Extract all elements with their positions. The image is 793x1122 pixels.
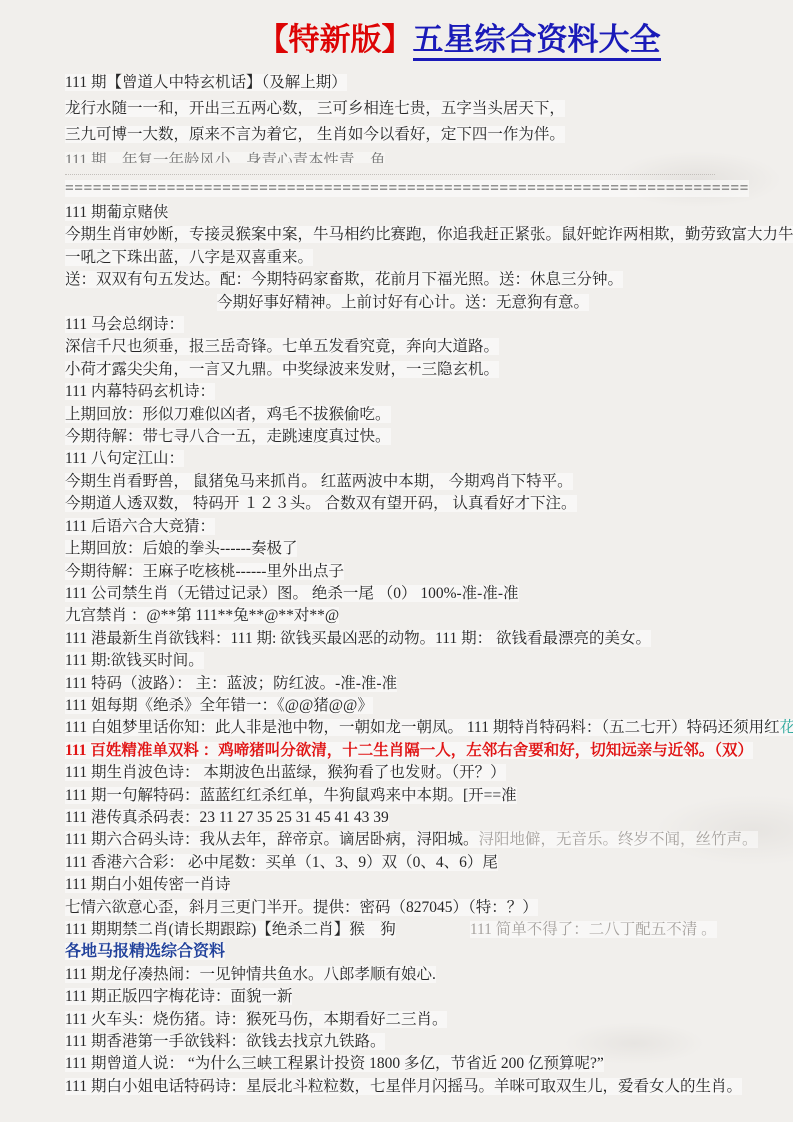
text-line: 111 内幕特码玄机诗： — [65, 381, 793, 403]
text-segment: 上期回放：后娘的拳头------奏极了 — [65, 540, 297, 557]
text-line: 龙行水随一一和，开出三五两心数， 三可乡相连七贵，五字当头居天下， — [65, 96, 793, 122]
text-segment: 111 期龙仔凑热闹：一见钟情共鱼水。八郎孝顺有娘心. — [65, 966, 436, 983]
text-line: 今期好事好精神。上前讨好有心计。送：无意狗有意。 — [65, 292, 793, 314]
text-segment: 111 特码（波路）： 主：蓝波；防红波。-准-准-准 — [65, 675, 397, 692]
text-segment: 今期待解：带七寻八合一五，走跳速度真过快。 — [65, 428, 391, 445]
text-line: 深信千尺也须垂，报三岳奇锋。七单五发看究竟，奔向大道路。 — [65, 336, 793, 358]
text-line: ========================================… — [65, 178, 793, 199]
text-line: 111 公司禁生肖（无错过记录）图。 绝杀一尾 （0） 100%-准-准-准 — [65, 583, 793, 605]
text-segment: 111 期白小姐传密一肖诗 — [65, 876, 230, 893]
document-body: 111 期【曾道人中特玄机话】（及解上期）龙行水随一一和，开出三五两心数， 三可… — [65, 70, 793, 1098]
text-segment: 小荷才露尖尖角，一言又九鼎。中奖绿波来发财，一三隐玄机。 — [65, 361, 499, 378]
text-line: 111 特码（波路）： 主：蓝波；防红波。-准-准-准 — [65, 673, 793, 695]
text-line: 111 港传真杀码表：23 11 27 35 25 31 45 41 43 39 — [65, 807, 793, 829]
text-line: 今期生肖审妙断，专接灵猴案中案，牛马相约比赛跑，你追我赶正紧张。鼠奸蛇诈两相欺，… — [65, 224, 793, 246]
text-line: 上期回放：形似刀难似凶者，鸡毛不拔猴偷吃。 — [65, 404, 793, 426]
text-line: 今期生肖看野兽， 鼠猪兔马来抓肖。 红蓝两波中本期， 今期鸡肖下特平。 — [65, 471, 793, 493]
text-segment: 111 简单不得了：二八丁配五不清 。 — [470, 921, 717, 938]
text-line: 111 姐每期《绝杀》全年错一：《@@猪@@》 — [65, 695, 793, 717]
text-line: 111 马会总纲诗： — [65, 314, 793, 336]
text-segment: 三九可博一大数，原来不言为着它， 生肖如今以看好，定下四一作为伴。 — [65, 126, 565, 143]
text-segment: 111 港最新生肖欲钱料：111 期: 欲钱买最凶恶的动物。111 期： 欲钱看… — [65, 630, 651, 647]
page-title: 【特新版】五星综合资料大全 — [125, 22, 793, 58]
text-segment: 111 火车头：烧伤猪。诗：猴死马伤，本期看好二三肖。 — [65, 1011, 447, 1028]
text-segment: 111 期【曾道人中特玄机话】（及解上期） — [65, 74, 347, 91]
text-line: 111 期【曾道人中特玄机话】（及解上期） — [65, 70, 793, 96]
text-segment: 上期回放：形似刀难似凶者，鸡毛不拔猴偷吃。 — [65, 406, 391, 423]
text-segment: 七情六欲意心歪，斜月三更门半开。提供：密码（827045）（特：？） — [65, 899, 538, 916]
text-segment: 今期生肖看野兽， 鼠猪兔马来抓肖。 红蓝两波中本期， 今期鸡肖下特平。 — [65, 473, 573, 490]
text-line: 九宫禁肖 ：@**第 111**兔**@**对**@ — [65, 605, 793, 627]
text-segment: 111 期葡京赌侠 — [65, 204, 168, 221]
text-line: 上期回放：后娘的拳头------奏极了 — [65, 538, 793, 560]
text-line: 111 期白小姐电话特码诗：星辰北斗粒粒数，七星伴月闪摇马。羊咪可取双生儿，爱看… — [65, 1076, 793, 1098]
text-line: 今期待解：带七寻八合一五，走跳速度真过快。 — [65, 426, 793, 448]
text-segment: 各地马报精选综合资料 — [65, 943, 225, 960]
text-line: 小荷才露尖尖角，一言又九鼎。中奖绿波来发财，一三隐玄机。 — [65, 359, 793, 381]
text-segment: 111 白姐梦里话你知：此人非是池中物，一朝如龙一朝凤。 111 期特肖特码料：… — [65, 719, 780, 736]
text-line: 111 香港六合彩： 必中尾数：买单（1、3、9）双（0、4、6）尾 — [65, 852, 793, 874]
text-segment: 花 — [780, 719, 793, 736]
text-segment: 111 期曾道人说： “为什么三峡工程累计投资 1800 多亿，节省近 200 … — [65, 1055, 604, 1072]
text-segment: 今期好事好精神。上前讨好有心计。送：无意狗有意。 — [217, 294, 589, 311]
text-segment: 111 期香港第一手欲钱料：欲钱去找京九铁路。 — [65, 1033, 385, 1050]
text-segment: 111 后语六合大竞猜： — [65, 518, 215, 535]
text-line: 各地马报精选综合资料 — [65, 941, 793, 963]
text-line: 111 期白小姐传密一肖诗 — [65, 874, 793, 896]
text-segment: 111 期正版四字梅花诗：面貌一新 — [65, 988, 292, 1005]
text-segment: 111 期白小姐电话特码诗：星辰北斗粒粒数，七星伴月闪摇马。羊咪可取双生儿，爱看… — [65, 1078, 742, 1095]
text-segment: 111 内幕特码玄机诗： — [65, 383, 215, 400]
text-line: 三九可博一大数，原来不言为着它， 生肖如今以看好，定下四一作为伴。 — [65, 122, 793, 148]
text-line: 111 期:欲钱买时间。 — [65, 650, 793, 672]
text-line: 111 期期禁二肖(请长期跟踪)【绝杀二肖】猴 狗111 简单不得了：二八丁配五… — [65, 919, 793, 941]
text-segment: 111 香港六合彩： 必中尾数：买单（1、3、9）双（0、4、6）尾 — [65, 854, 498, 871]
text-segment: ========================================… — [65, 180, 749, 197]
text-segment: 111 期一句解特码：蓝蓝红红杀红单，牛狗鼠鸡来中本期。[开==准 — [65, 787, 517, 804]
document-page: 【特新版】五星综合资料大全 111 期【曾道人中特玄机话】（及解上期）龙行水随一… — [0, 0, 793, 1098]
text-segment: 111 八句定江山： — [65, 450, 184, 467]
text-line: 111 期生肖波色诗： 本期波色出蓝绿，猴狗看了也发财。（开？） — [65, 762, 793, 784]
text-line: 111 期龙仔凑热闹：一见钟情共鱼水。八郎孝顺有娘心. — [65, 964, 793, 986]
title-prefix: 【特新版】 — [258, 22, 413, 57]
text-segment: 深信千尺也须垂，报三岳奇锋。七单五发看究竟，奔向大道路。 — [65, 338, 499, 355]
text-line: 111 期六合码头诗：我从去年，辞帝京。谪居卧病，浔阳城。浔阳地僻，无音乐。终岁… — [65, 829, 793, 851]
text-segment: 今期待解：王麻子吃核桃------里外出点子 — [65, 563, 344, 580]
separator-rule — [65, 174, 715, 175]
text-segment: 111 期六合码头诗：我从去年，辞帝京。谪居卧病，浔阳城。 — [65, 831, 478, 848]
text-segment: 今期生肖审妙断，专接灵猴案中案，牛马相约比赛跑，你追我赶正紧张。鼠奸蛇诈两相欺，… — [65, 226, 793, 243]
text-segment: 今期道人透双数， 特码开 １２３头。 合数双有望开码， 认真看好才下注。 — [65, 495, 577, 512]
text-line: 今期道人透双数， 特码开 １２３头。 合数双有望开码， 认真看好才下注。 — [65, 493, 793, 515]
text-segment: 111 港传真杀码表：23 11 27 35 25 31 45 41 43 39 — [65, 809, 389, 826]
text-line: 七情六欲意心歪，斜月三更门半开。提供：密码（827045）（特：？） — [65, 897, 793, 919]
text-line: 111 期．年复一年龄风小．身青心青本性青．鱼 — [65, 148, 793, 163]
text-segment: 111 姐每期《绝杀》全年错一：《@@猪@@》 — [65, 697, 373, 714]
text-segment: 111 公司禁生肖（无错过记录）图。 绝杀一尾 （0） 100%-准-准-准 — [65, 585, 519, 602]
text-segment: 111 百姓精准单双料 ：鸡啼猪叫分欲清，十二生肖隔一人，左邻右舍要和好，切知远… — [65, 742, 753, 759]
text-segment: 一吼之下珠出蓝，八字是双喜重来。 — [65, 249, 313, 266]
text-segment: 111 马会总纲诗： — [65, 316, 184, 333]
text-line: 今期待解：王麻子吃核桃------里外出点子 — [65, 561, 793, 583]
text-line: 111 期正版四字梅花诗：面貌一新 — [65, 986, 793, 1008]
text-line: 111 八句定江山： — [65, 448, 793, 470]
text-segment: 送：双双有句五发达。配：今期特码家畜欺，花前月下福光照。送：休息三分钟。 — [65, 271, 623, 288]
text-line: 111 百姓精准单双料 ：鸡啼猪叫分欲清，十二生肖隔一人，左邻右舍要和好，切知远… — [65, 740, 793, 762]
text-line: 111 期葡京赌侠 — [65, 202, 793, 224]
text-line: 111 火车头：烧伤猪。诗：猴死马伤，本期看好二三肖。 — [65, 1009, 793, 1031]
text-line: 111 港最新生肖欲钱料：111 期: 欲钱买最凶恶的动物。111 期： 欲钱看… — [65, 628, 793, 650]
text-segment: 九宫禁肖 ：@**第 111**兔**@**对**@ — [65, 607, 339, 624]
text-segment: 龙行水随一一和，开出三五两心数， 三可乡相连七贵，五字当头居天下， — [65, 100, 565, 117]
text-segment: 111 期生肖波色诗： 本期波色出蓝绿，猴狗看了也发财。（开？） — [65, 764, 506, 781]
text-line: 111 期香港第一手欲钱料：欲钱去找京九铁路。 — [65, 1031, 793, 1053]
text-line: 一吼之下珠出蓝，八字是双喜重来。 — [65, 247, 793, 269]
title-main: 五星综合资料大全 — [413, 22, 661, 61]
text-line: 111 期一句解特码：蓝蓝红红杀红单，牛狗鼠鸡来中本期。[开==准 — [65, 785, 793, 807]
text-segment: 111 期期禁二肖(请长期跟踪)【绝杀二肖】猴 狗 — [65, 921, 396, 938]
text-line: 111 后语六合大竞猜： — [65, 516, 793, 538]
text-line: 111 期曾道人说： “为什么三峡工程累计投资 1800 多亿，节省近 200 … — [65, 1053, 793, 1075]
text-line: 111 白姐梦里话你知：此人非是池中物，一朝如龙一朝凤。 111 期特肖特码料：… — [65, 717, 793, 739]
text-segment: 111 期．年复一年龄风小．身青心青本性青．鱼 — [65, 152, 385, 163]
text-line: 送：双双有句五发达。配：今期特码家畜欺，花前月下福光照。送：休息三分钟。 — [65, 269, 793, 291]
text-segment: 111 期:欲钱买时间。 — [65, 652, 204, 669]
text-segment: 浔阳地僻，无音乐。终岁不闻，丝竹声。 — [478, 831, 757, 848]
